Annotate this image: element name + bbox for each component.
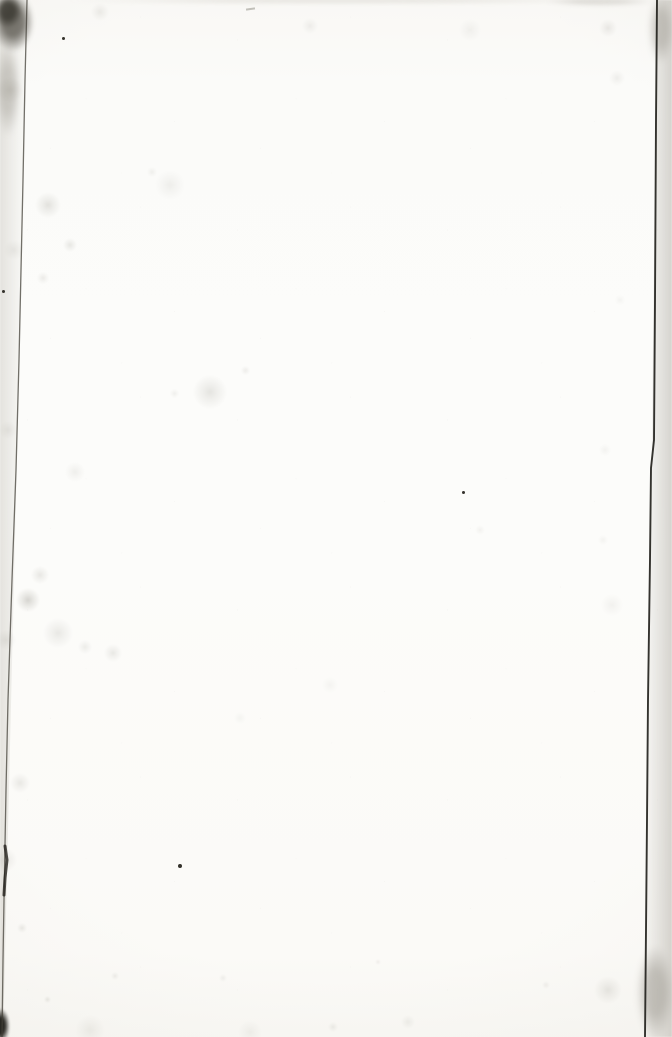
ink-speck [462,491,465,494]
ink-speck [178,864,182,868]
ink-speck [62,37,65,40]
pencil-dash-mark [246,7,255,10]
ink-speck [2,290,5,293]
scanned-page [0,0,672,1037]
speck-layer [0,0,672,1037]
